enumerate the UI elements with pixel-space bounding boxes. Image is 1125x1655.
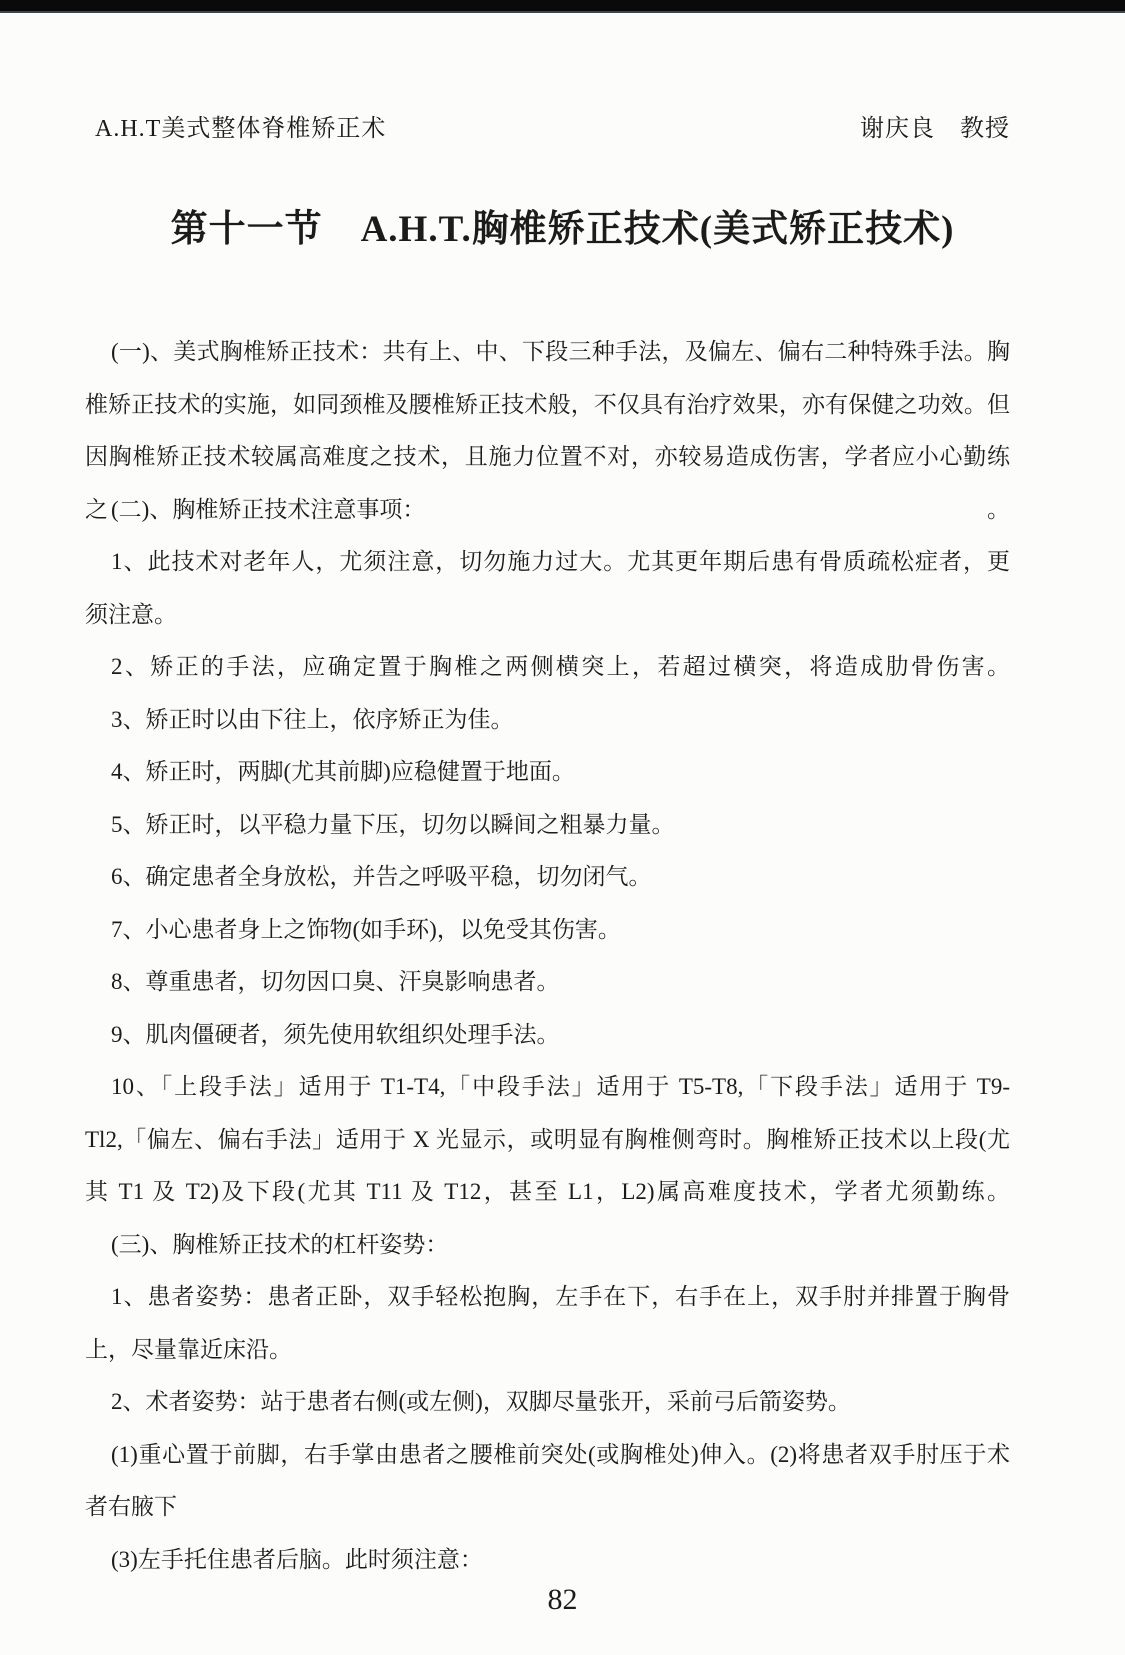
- text-line: 6、确定患者全身放松，并告之呼吸平稳，切勿闭气。: [85, 851, 1010, 904]
- text-line: 上，尽量靠近床沿。: [85, 1324, 1010, 1377]
- page-number: 82: [0, 1583, 1125, 1617]
- text-line: (一)、美式胸椎矫正技术：共有上、中、下段三种手法，及偏左、偏右二种特殊手法。胸: [85, 326, 1010, 379]
- scan-top-edge: [0, 0, 1125, 13]
- text-line: Tl2,「偏左、偏右手法」适用于 X 光显示，或明显有胸椎侧弯时。胸椎矫正技术以…: [85, 1114, 1010, 1167]
- text-line: 5、矫正时，以平稳力量下压，切勿以瞬间之粗暴力量。: [85, 799, 1010, 852]
- text-line: 1、患者姿势：患者正卧，双手轻松抱胸，左手在下，右手在上，双手肘并排置于胸骨: [85, 1271, 1010, 1324]
- header-book-title: A.H.T美式整体脊椎矫正术: [95, 108, 386, 143]
- text-line: 1、此技术对老年人，尤须注意，切勿施力过大。尤其更年期后患有骨质疏松症者，更: [85, 536, 1010, 589]
- text-line: 3、矫正时以由下往上，依序矫正为佳。: [85, 694, 1010, 747]
- text-line: 椎矫正技术的实施，如同颈椎及腰椎矫正技术般，不仅具有治疗效果，亦有保健之功效。但: [85, 379, 1010, 432]
- section-title: 第十一节 A.H.T.胸椎矫正技术(美式矫正技术): [0, 198, 1125, 252]
- text-line: 因胸椎矫正技术较属高难度之技术，且施力位置不对，亦较易造成伤害，学者应小心勤练之…: [85, 431, 1010, 484]
- text-line: 其 T1 及 T2)及下段(尤其 T11 及 T12，甚至 L1，L2)属高难度…: [85, 1166, 1010, 1219]
- text-line: (三)、胸椎矫正技术的杠杆姿势：: [85, 1219, 1010, 1272]
- text-line: 2、矫正的手法，应确定置于胸椎之两侧横突上，若超过横突，将造成肋骨伤害。: [85, 641, 1010, 694]
- text-line: 8、尊重患者，切勿因口臭、汗臭影响患者。: [85, 956, 1010, 1009]
- text-line: 须注意。: [85, 589, 1010, 642]
- text-line: 9、肌肉僵硬者，须先使用软组织处理手法。: [85, 1009, 1010, 1062]
- body-text: (一)、美式胸椎矫正技术：共有上、中、下段三种手法，及偏左、偏右二种特殊手法。胸…: [85, 326, 1010, 1586]
- header-author: 谢庆良 教授: [860, 108, 1010, 143]
- text-line: 4、矫正时，两脚(尤其前脚)应稳健置于地面。: [85, 746, 1010, 799]
- text-line: 7、小心患者身上之饰物(如手环)，以免受其伤害。: [85, 904, 1010, 957]
- text-line: 10、「上段手法」适用于 T1-T4,「中段手法」适用于 T5-T8,「下段手法…: [85, 1061, 1010, 1114]
- page-header: A.H.T美式整体脊椎矫正术 谢庆良 教授: [95, 108, 1010, 143]
- text-line: (1)重心置于前脚，右手掌由患者之腰椎前突处(或胸椎处)伸入。(2)将患者双手肘…: [85, 1429, 1010, 1482]
- text-line: (3)左手托住患者后脑。此时须注意：: [85, 1534, 1010, 1587]
- text-line: 者右腋下: [85, 1481, 1010, 1534]
- text-line: 2、术者姿势：站于患者右侧(或左侧)，双脚尽量张开，采前弓后箭姿势。: [85, 1376, 1010, 1429]
